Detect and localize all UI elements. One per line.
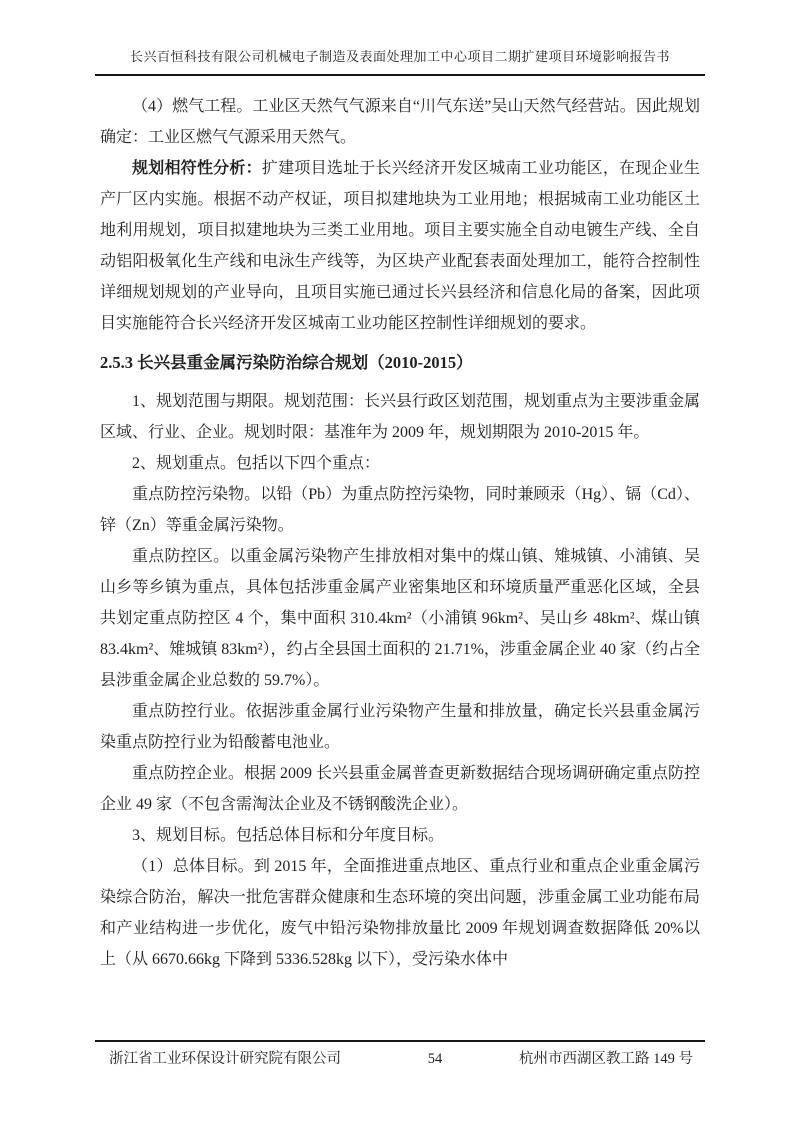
text-run: 扩建项目选址于长兴经济开发区城南工业功能区，在现企业生产厂区内实施。根据不动产权… xyxy=(100,160,700,332)
text-run: （4）燃气工程。工业区天然气气源来自“川气东送”吴山天然气经营站。因此规划确定：… xyxy=(100,98,700,146)
document-body: （4）燃气工程。工业区天然气气源来自“川气东送”吴山天然气经营站。因此规划确定：… xyxy=(100,91,700,975)
footer-company: 浙江省工业环保设计研究院有限公司 xyxy=(95,1047,341,1068)
text-run: 2、规划重点。包括以下四个重点： xyxy=(132,455,380,472)
paragraph: 2、规划重点。包括以下四个重点： xyxy=(100,448,700,479)
paragraph: （1）总体目标。到 2015 年，全面推进重点地区、重点行业和重点企业重金属污染… xyxy=(100,851,700,975)
page-header: 长兴百恒科技有限公司机械电子制造及表面处理加工中心项目二期扩建项目环境影响报告书 xyxy=(95,0,705,76)
paragraph: （4）燃气工程。工业区天然气气源来自“川气东送”吴山天然气经营站。因此规划确定：… xyxy=(100,91,700,153)
footer-page-number: 54 xyxy=(418,1051,443,1068)
paragraph: 重点防控企业。根据 2009 长兴县重金属普查更新数据结合现场调研确定重点防控企… xyxy=(100,758,700,820)
text-run: 重点防控区。以重金属污染物产生排放相对集中的煤山镇、雉城镇、小浦镇、吴山乡等乡镇… xyxy=(100,548,700,689)
text-run: （1）总体目标。到 2015 年，全面推进重点地区、重点行业和重点企业重金属污染… xyxy=(100,858,700,968)
text-run: 1、规划范围与期限。规划范围：长兴县行政区划范围，规划重点为主要涉重金属区域、行… xyxy=(100,393,700,441)
text-run: 重点防控企业。根据 2009 长兴县重金属普查更新数据结合现场调研确定重点防控企… xyxy=(100,765,700,813)
paragraph: 1、规划范围与期限。规划范围：长兴县行政区划范围，规划重点为主要涉重金属区域、行… xyxy=(100,386,700,448)
section-heading: 2.5.3 长兴县重金属污染防治综合规划（2010-2015） xyxy=(100,347,700,378)
text-run: 重点防控污染物。以铅（Pb）为重点防控污染物，同时兼顾汞（Hg）、镉（Cd）、锌… xyxy=(100,486,700,534)
paragraph: 重点防控区。以重金属污染物产生排放相对集中的煤山镇、雉城镇、小浦镇、吴山乡等乡镇… xyxy=(100,541,700,696)
footer-address: 杭州市西湖区教工路 149 号 xyxy=(519,1047,705,1068)
header-rule xyxy=(95,74,705,76)
paragraph: 规划相符性分析：扩建项目选址于长兴经济开发区城南工业功能区，在现企业生产厂区内实… xyxy=(100,153,700,339)
text-run: 2.5.3 长兴县重金属污染防治综合规划（2010-2015） xyxy=(100,353,473,372)
header-title: 长兴百恒科技有限公司机械电子制造及表面处理加工中心项目二期扩建项目环境影响报告书 xyxy=(95,46,705,65)
paragraph: 重点防控污染物。以铅（Pb）为重点防控污染物，同时兼顾汞（Hg）、镉（Cd）、锌… xyxy=(100,479,700,541)
paragraph: 重点防控行业。依据涉重金属行业污染物产生量和排放量，确定长兴县重金属污染重点防控… xyxy=(100,696,700,758)
text-run: 3、规划目标。包括总体目标和分年度目标。 xyxy=(132,827,444,844)
bold-text-run: 规划相符性分析： xyxy=(132,160,262,177)
page-footer: 浙江省工业环保设计研究院有限公司 54 杭州市西湖区教工路 149 号 xyxy=(95,1040,705,1068)
text-run: 重点防控行业。依据涉重金属行业污染物产生量和排放量，确定长兴县重金属污染重点防控… xyxy=(100,703,700,751)
paragraph: 3、规划目标。包括总体目标和分年度目标。 xyxy=(100,820,700,851)
document-page: 长兴百恒科技有限公司机械电子制造及表面处理加工中心项目二期扩建项目环境影响报告书… xyxy=(0,0,800,1131)
